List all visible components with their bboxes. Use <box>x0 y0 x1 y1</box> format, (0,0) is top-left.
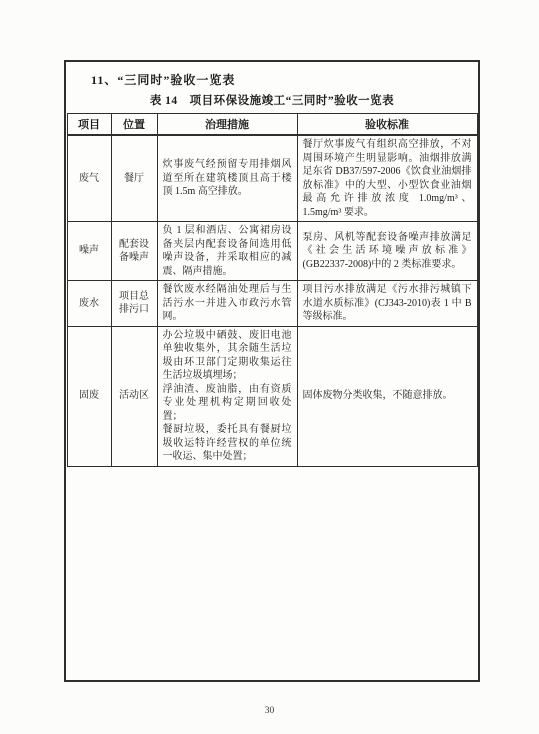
standard-cell: 项目污水排放满足《污水排污城镇下水道水质标准》(CJ343-2010)表 1 中… <box>297 281 477 327</box>
acceptance-table: 项目 位置 治理措施 验收标准 废气 餐厅 炊事废气经预留专用排烟风道至所在建筑… <box>67 113 478 467</box>
standard-cell: 餐厅炊事废气有组织高空排放，不对周围环境产生明显影响。油烟排放满足东省 DB37… <box>297 135 477 222</box>
table-row-waste-water: 废水 项目总排污口 餐饮废水经隔油处理后与生活污水一并进入市政污水管网。 项目污… <box>67 281 477 327</box>
section-heading: 11、“三同时”验收一览表 <box>91 71 478 88</box>
page-border: 11、“三同时”验收一览表 表 14 项目环保设施竣工“三同时”验收一览表 项目… <box>64 60 480 682</box>
column-header-location: 位置 <box>111 114 157 136</box>
item-cell: 废水 <box>67 281 111 327</box>
measures-cell: 炊事废气经预留专用排烟风道至所在建筑楼顶且高于楼顶 1.5m 高空排放。 <box>157 135 297 222</box>
measures-cell: 负 1 层和酒店、公寓裙房设备夹层内配套设备间选用低噪声设备，并采取相应的减震、… <box>157 222 297 281</box>
item-cell: 噪声 <box>67 222 111 281</box>
table-row-noise: 噪声 配套设备噪声 负 1 层和酒店、公寓裙房设备夹层内配套设备间选用低噪声设备… <box>67 222 477 281</box>
page-number: 30 <box>0 706 539 716</box>
standard-cell: 泵房、风机等配套设备噪声排放满足《社会生活环境噪声放标准》(GB22337-20… <box>297 222 477 281</box>
measures-cell: 餐饮废水经隔油处理后与生活污水一并进入市政污水管网。 <box>157 281 297 327</box>
table-row-solid-waste: 固废 活动区 办公垃圾中硒鼓、废旧电池单独收集外，其余随生活垃圾由环卫部门定期收… <box>67 326 477 466</box>
location-cell: 活动区 <box>111 326 157 466</box>
table-row-waste-gas: 废气 餐厅 炊事废气经预留专用排烟风道至所在建筑楼顶且高于楼顶 1.5m 高空排… <box>67 135 477 222</box>
location-cell: 餐厅 <box>111 135 157 222</box>
column-header-measures: 治理措施 <box>157 114 297 136</box>
location-cell: 配套设备噪声 <box>111 222 157 281</box>
item-cell: 固废 <box>67 326 111 466</box>
location-cell: 项目总排污口 <box>111 281 157 327</box>
column-header-item: 项目 <box>67 114 111 136</box>
standard-cell: 固体废物分类收集，不随意排放。 <box>297 326 477 466</box>
table-header-row: 项目 位置 治理措施 验收标准 <box>67 114 477 136</box>
measures-cell: 办公垃圾中硒鼓、废旧电池单独收集外，其余随生活垃圾由环卫部门定期收集运往生活垃圾… <box>157 326 297 466</box>
item-cell: 废气 <box>67 135 111 222</box>
table-title: 表 14 项目环保设施竣工“三同时”验收一览表 <box>66 92 478 108</box>
column-header-standard: 验收标准 <box>297 114 477 136</box>
